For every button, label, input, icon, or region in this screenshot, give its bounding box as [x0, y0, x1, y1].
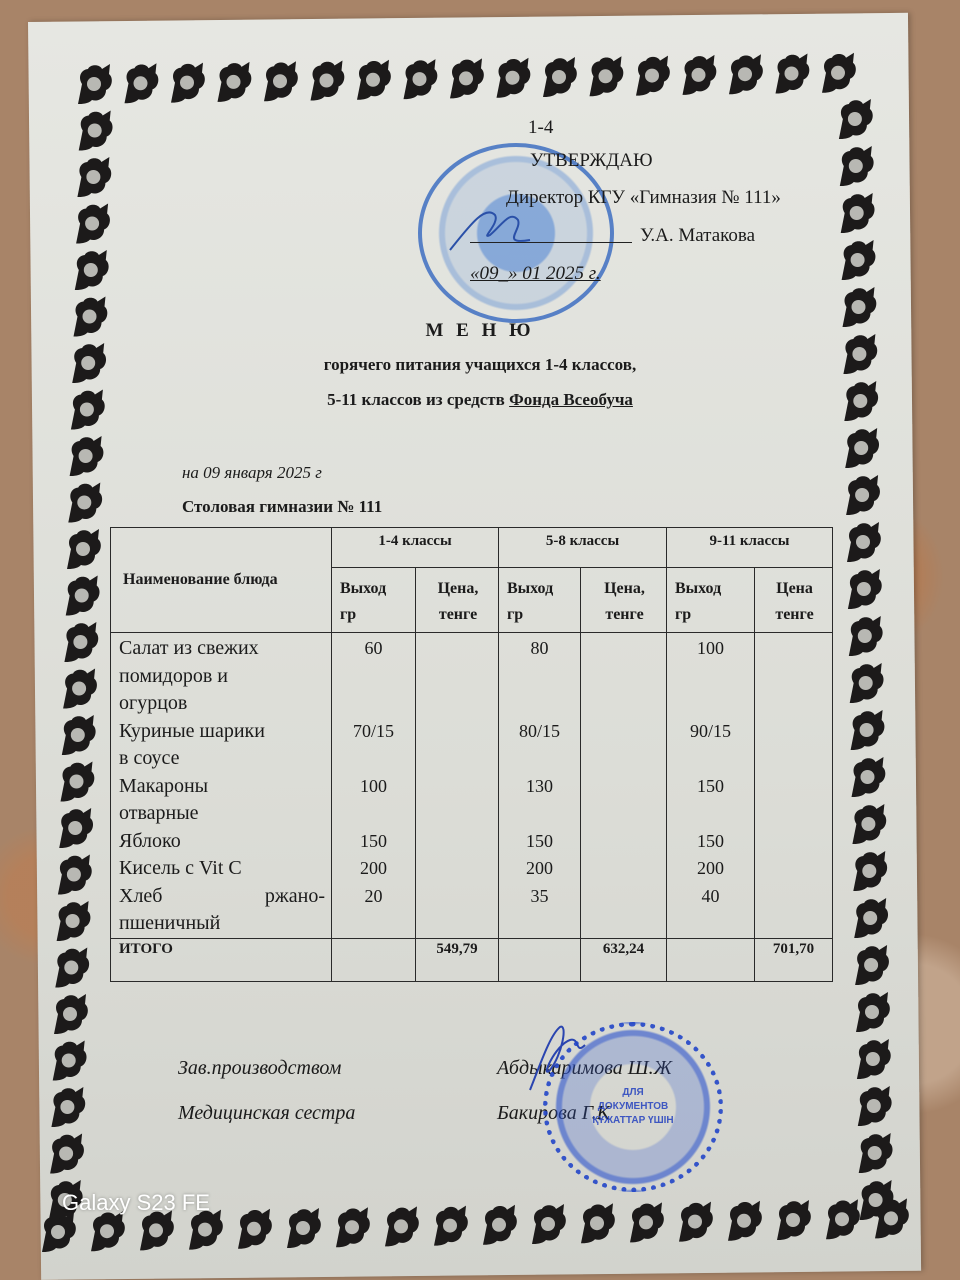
- yield-header-2: Выходгр: [667, 568, 755, 633]
- dish-name: огурцов: [119, 690, 325, 718]
- price-header-2: Ценатенге: [755, 568, 833, 633]
- canteen-name: Столовая гимназии № 111: [182, 497, 382, 517]
- yield-cell-1: 80 80/15 130 15020035: [499, 633, 581, 939]
- approve-label: УТВЕРЖДАЮ: [530, 150, 652, 172]
- group-header-9-11: 9-11 классы: [667, 528, 833, 568]
- total-yield-empty-2: [667, 938, 755, 981]
- production-signature: [510, 1015, 590, 1095]
- dish-name: Яблоко: [119, 828, 325, 856]
- yield-cell-2: 100 90/15 150 15020040: [667, 633, 755, 939]
- price-cell-2: [755, 633, 833, 939]
- approval-date: «09_» 01 2025 г.: [470, 263, 601, 285]
- dish-name: отварные: [119, 800, 325, 828]
- total-yield-empty-1: [499, 938, 581, 981]
- dish-name: Салат из свежих: [119, 635, 325, 663]
- price-cell-0: [416, 633, 499, 939]
- grade-marker: 1-4: [528, 117, 553, 139]
- camera-watermark: Galaxy S23 FE: [62, 1190, 210, 1216]
- signature-name-nurse: Бакирова Г.К: [497, 1102, 610, 1125]
- yield-cell-0: 60 70/15 100 15020020: [332, 633, 416, 939]
- dish-name: помидоров и: [119, 663, 325, 691]
- fund-name: Фонда Всеобуча: [509, 390, 633, 409]
- subtitle-line-2: 5-11 классов из средств Фонда Всеобуча: [0, 390, 960, 410]
- total-row: ИТОГО 549,79632,24701,70: [111, 938, 833, 981]
- group-header-5-8: 5-8 классы: [499, 528, 667, 568]
- signature-role-nurse: Медицинская сестра: [178, 1102, 355, 1125]
- price-header-1: Цена,тенге: [581, 568, 667, 633]
- menu-document: 1-4 УТВЕРЖДАЮ Директор КГУ «Гимназия № 1…: [0, 0, 960, 1280]
- dish-name: Хлеб ржано-: [119, 883, 325, 911]
- total-price-2: 701,70: [755, 938, 833, 981]
- dish-name: Макароны: [119, 773, 325, 801]
- total-price-0: 549,79: [416, 938, 499, 981]
- subtitle-prefix: 5-11 классов из средств: [327, 390, 509, 409]
- yield-header-0: Выходгр: [332, 568, 416, 633]
- subtitle-line-1: горячего питания учащихся 1-4 классов,: [0, 355, 960, 375]
- dish-name: пшеничный: [119, 910, 325, 938]
- signature-name-production: Абдыкаримова Ш.Ж: [497, 1057, 672, 1080]
- dish-names-cell: Салат из свежихпомидоров иогурцовКуриные…: [111, 633, 332, 939]
- page-title: М Е Н Ю: [0, 320, 960, 342]
- price-cell-1: [581, 633, 667, 939]
- director-title: Директор КГУ «Гимназия № 111»: [506, 187, 781, 209]
- menu-date: на 09 января 2025 г: [182, 463, 322, 483]
- dish-name: в соусе: [119, 745, 325, 773]
- dish-column-header: Наименование блюда: [111, 528, 332, 633]
- yield-header-1: Выходгр: [499, 568, 581, 633]
- total-yield-empty-0: [332, 938, 416, 981]
- menu-table: Наименование блюда 1-4 классы 5-8 классы…: [110, 527, 833, 982]
- table-body-row: Салат из свежихпомидоров иогурцовКуриные…: [111, 633, 833, 939]
- group-header-1-4: 1-4 классы: [332, 528, 499, 568]
- signature-role-production: Зав.производством: [178, 1057, 341, 1080]
- director-name: У.А. Матакова: [640, 225, 755, 247]
- price-header-0: Цена,тенге: [416, 568, 499, 633]
- dish-name: Кисель с Vit C: [119, 855, 325, 883]
- total-label: ИТОГО: [111, 938, 332, 981]
- dish-name: Куриные шарики: [119, 718, 325, 746]
- total-price-1: 632,24: [581, 938, 667, 981]
- signature-line: [470, 218, 632, 243]
